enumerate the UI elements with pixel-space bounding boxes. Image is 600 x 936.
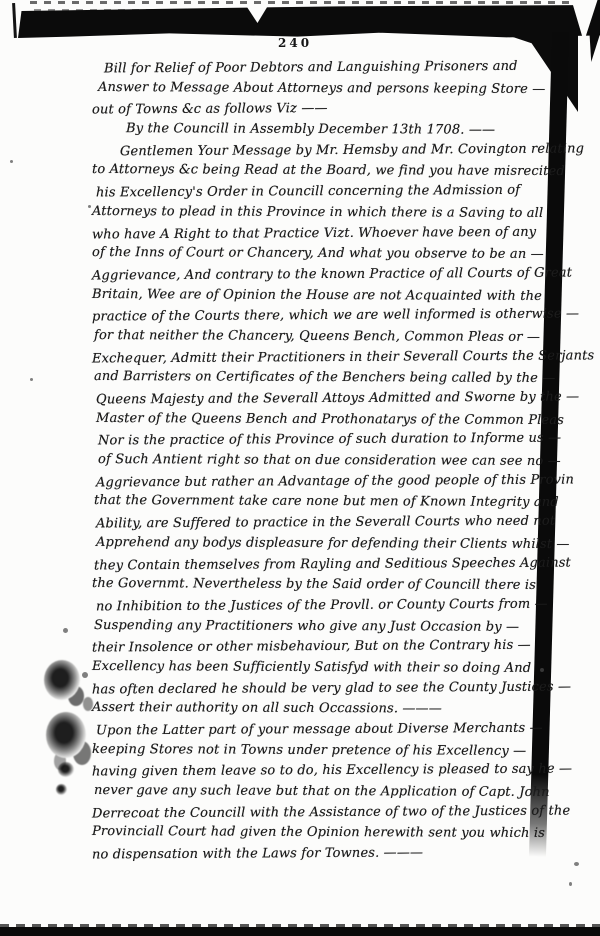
manuscript-line: for that neither the Chancery, Queens Be…: [92, 326, 568, 349]
ink-speck: [88, 205, 91, 208]
ink-speck: [63, 628, 68, 633]
manuscript-line: to Attorneys &c being Read at the Board,…: [92, 160, 568, 183]
manuscript-line: Nor is the practice of this Province of …: [92, 429, 568, 453]
manuscript-line: has often declared he should be very gla…: [92, 677, 568, 701]
manuscript-line: out of Towns &c as follows Viz ——: [92, 98, 568, 122]
manuscript-line: and Barristers on Certificates of the Be…: [92, 367, 568, 390]
manuscript-line: their Insolence or other misbehaviour, B…: [92, 636, 568, 660]
scan-band-bottom: [0, 927, 600, 936]
manuscript-line: Provinciall Court had given the Opinion …: [92, 822, 568, 845]
manuscript-line: no dispensation with the Laws for Townes…: [92, 843, 568, 867]
manuscript-line: of Such Antient right so that on due con…: [92, 450, 568, 473]
manuscript-line: Upon the Latter part of your message abo…: [92, 719, 568, 743]
manuscript-line: having given them leave so to do, his Ex…: [92, 760, 568, 784]
manuscript-line: never gave any such leave but that on th…: [92, 781, 568, 804]
page-number: 240: [278, 36, 312, 50]
ink-speck: [574, 862, 579, 866]
manuscript-line: they Contain themselves from Rayling and…: [92, 553, 568, 577]
manuscript-line: practice of the Courts there, which we a…: [92, 305, 568, 329]
ink-speck: [82, 672, 88, 678]
manuscript-line: Bill for Relief of Poor Debtors and Lang…: [92, 57, 568, 81]
manuscript-line: Britain, Wee are of Opinion the House ar…: [92, 285, 568, 308]
manuscript-line: of the Inns of Court or Chancery, And wh…: [92, 243, 568, 266]
manuscript-text-block: Bill for Relief of Poor Debtors and Lang…: [92, 58, 568, 865]
manuscript-line: Suspending any Practitioners who give an…: [92, 616, 568, 639]
manuscript-line: no Inhibition to the Justices of the Pro…: [92, 594, 568, 618]
manuscript-line: his Excellency's Order in Councill conce…: [92, 181, 568, 205]
scan-band-left-sliver: [12, 3, 17, 38]
manuscript-line: Apprehend any bodys displeasure for defe…: [92, 533, 568, 556]
ink-speck: [569, 882, 572, 886]
manuscript-line: Ability, are Suffered to practice in the…: [92, 512, 568, 536]
manuscript-line: By the Councill in Assembly December 13t…: [92, 119, 568, 142]
ink-blot: [46, 712, 86, 758]
scan-edge-dots-top: [30, 1, 575, 4]
manuscript-line: that the Government take care none but m…: [92, 491, 568, 514]
ink-blot: [56, 784, 67, 795]
ink-speck: [30, 378, 33, 381]
ink-blot: [58, 762, 74, 777]
manuscript-page: 240 Bill for Relief of Poor Debtors and …: [0, 0, 600, 936]
manuscript-line: Assert their authority on all such Occas…: [92, 698, 568, 721]
manuscript-line: who have A Right to that Practice Vizt. …: [92, 222, 568, 246]
manuscript-line: Aggrievance, And contrary to the known P…: [92, 263, 568, 287]
manuscript-line: Queens Majesty and the Severall Attoys A…: [92, 388, 568, 412]
ink-speck: [10, 160, 13, 163]
ink-blot: [44, 660, 80, 700]
manuscript-line: Attorneys to plead in this Province in w…: [92, 202, 568, 225]
manuscript-line: Exchequer, Admitt their Practitioners in…: [92, 346, 568, 370]
manuscript-line: Excellency has been Sufficiently Satisfy…: [92, 657, 568, 680]
ink-speck: [540, 668, 544, 672]
manuscript-line: the Governmt. Nevertheless by the Said o…: [92, 574, 568, 597]
